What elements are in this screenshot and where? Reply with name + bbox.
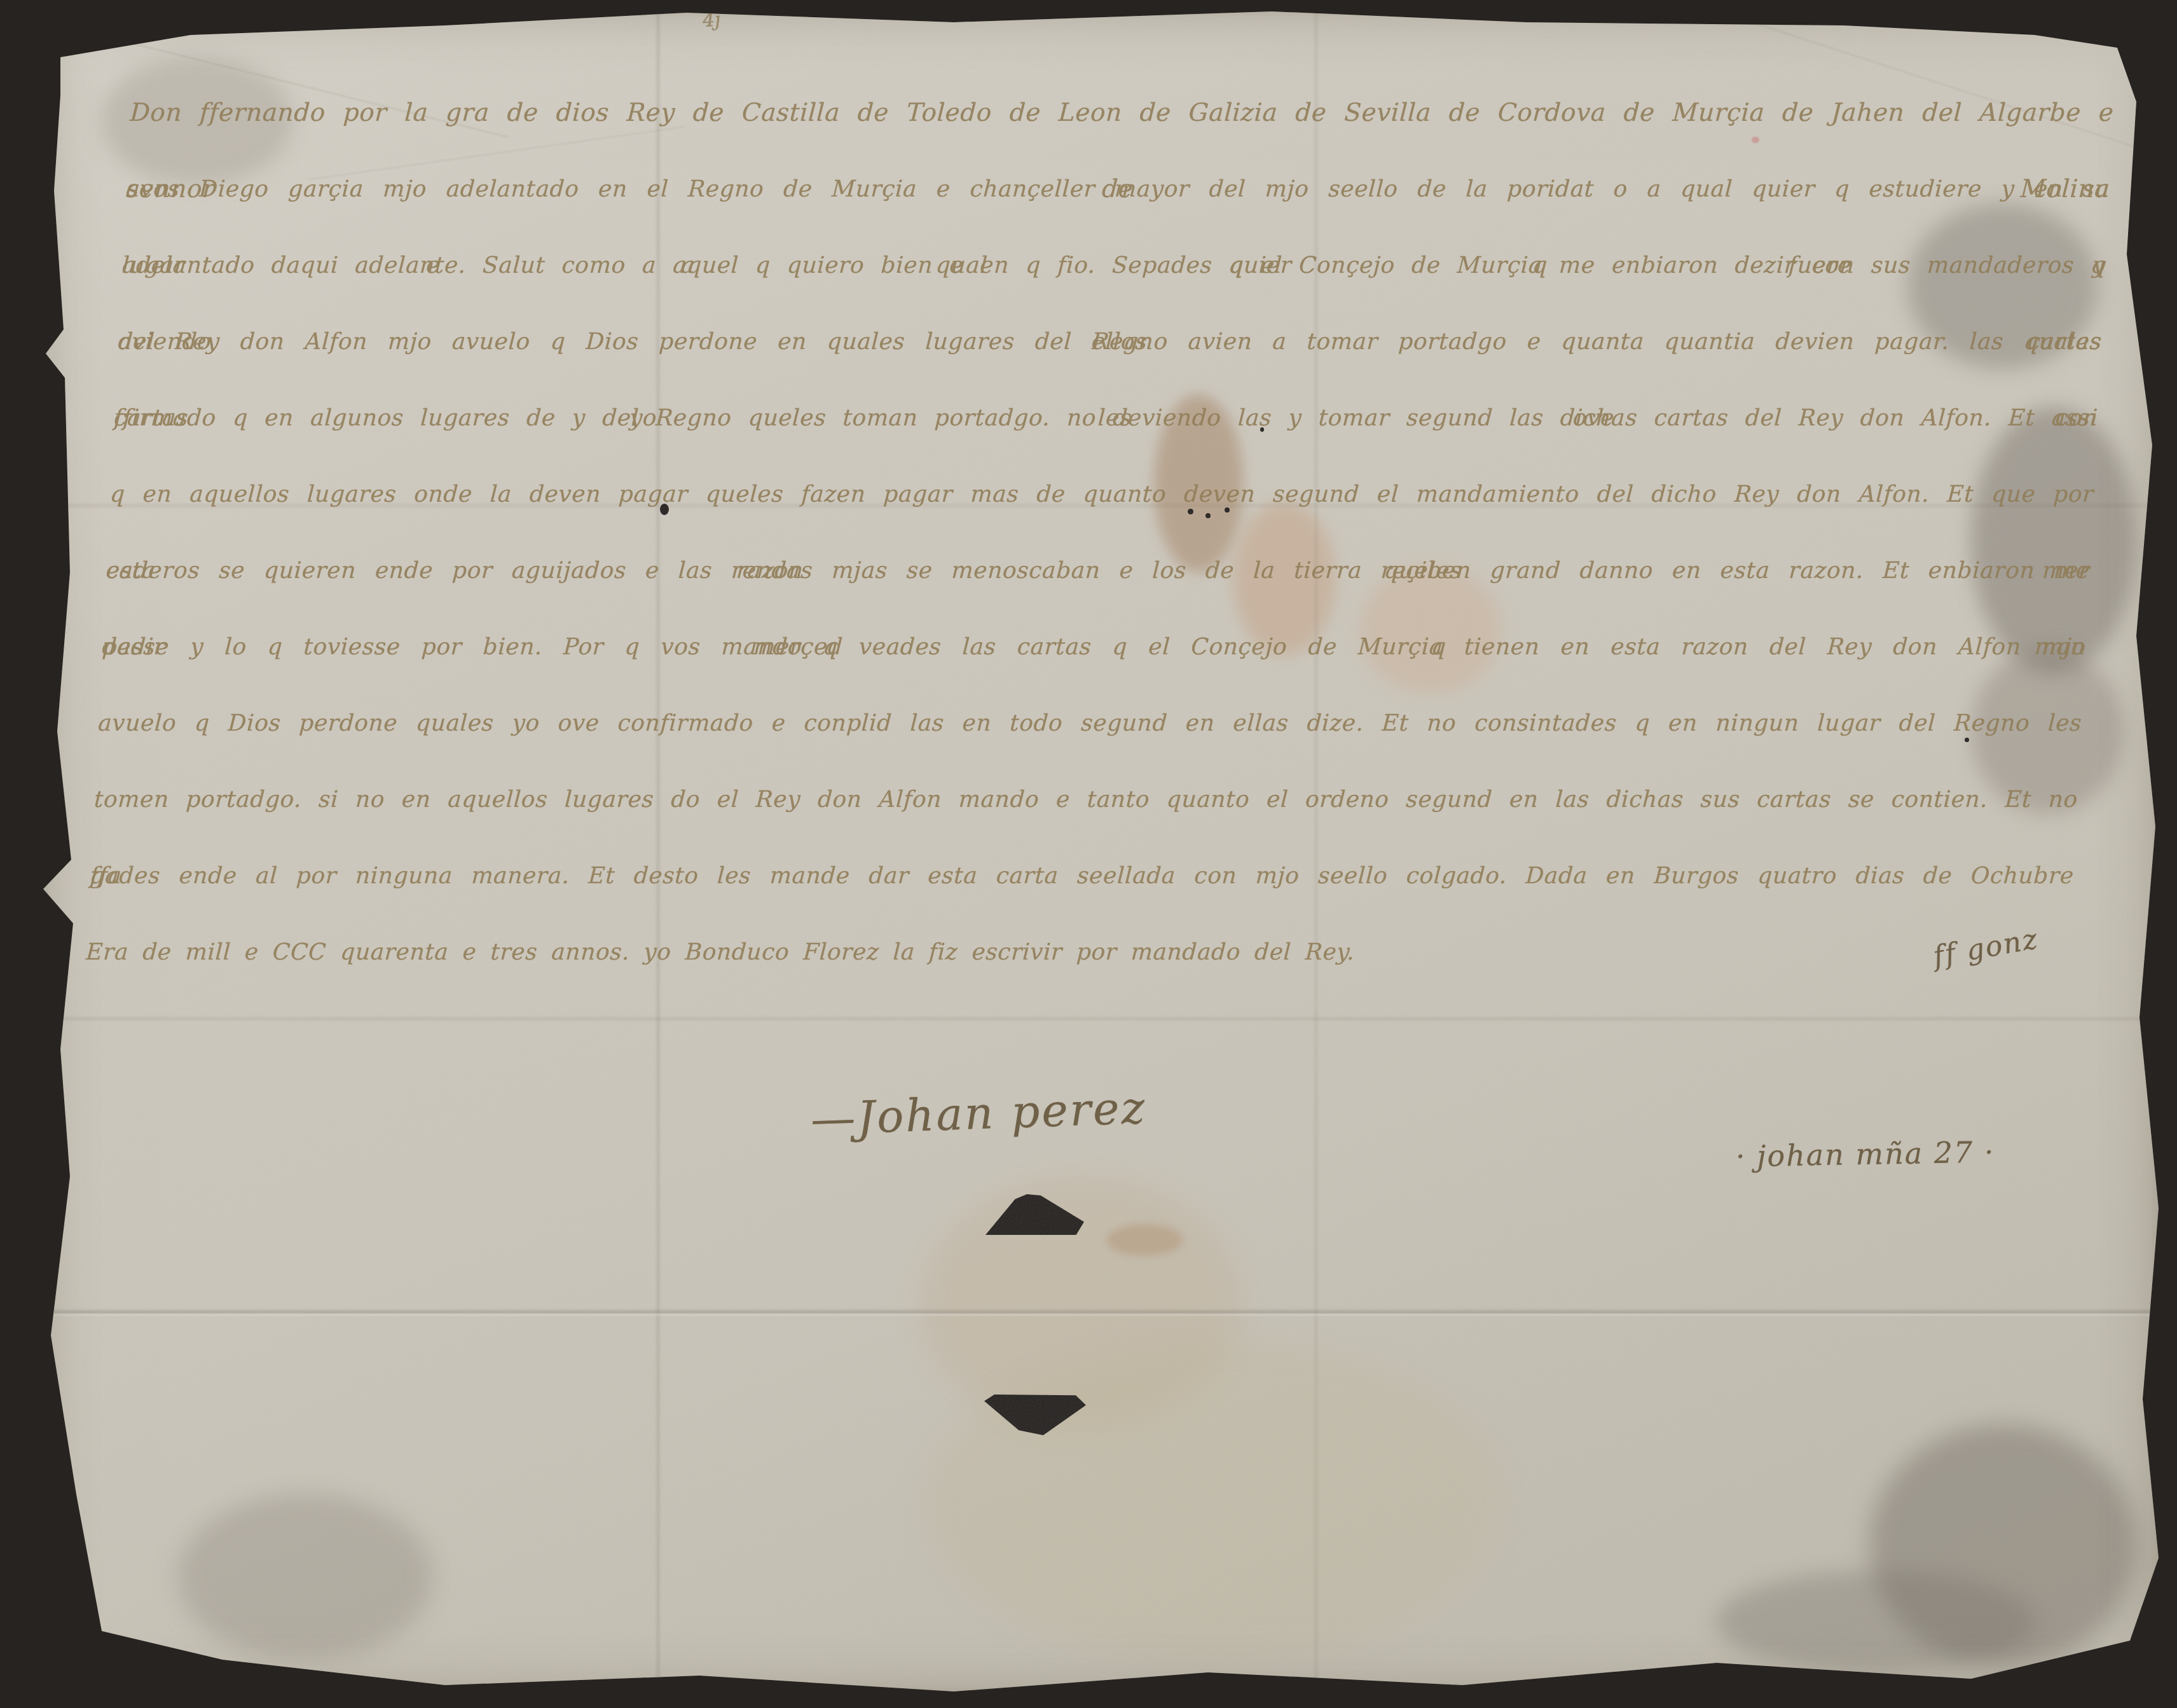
stain xyxy=(922,1176,1240,1431)
fold-crease-highlight xyxy=(38,1314,2162,1316)
manuscript-line: q en aquellos lugares onde la deven paga… xyxy=(108,457,2096,533)
parchment-sheet: Don ffernando por la gra de dios Rey de … xyxy=(38,6,2162,1698)
stain xyxy=(178,1494,432,1660)
stain xyxy=(1106,1224,1183,1256)
photo-of-charter: { "artifact": { "type_label": "Parchment… xyxy=(0,0,2177,1708)
manuscript-line: avuelo q Dios perdone quales yo ove conf… xyxy=(96,685,2084,762)
ink-dot-hole xyxy=(1260,427,1264,432)
manuscript-line: del Rey don Alfon mjo avuelo q Dios perd… xyxy=(116,304,2104,380)
manuscript-line: dasse y lo q toviesse por bien. Por q vo… xyxy=(100,609,2087,685)
manuscript-line: Don ffernando por la gra de dios Rey de … xyxy=(128,75,2115,151)
manuscript-line: Era de mill e CCC quarenta e tres annos.… xyxy=(84,914,2071,991)
manuscript-line: caderos se quieren ende por aguijados e … xyxy=(104,533,2092,609)
ink-dot-hole xyxy=(1965,738,1969,742)
ink-dot-hole xyxy=(1188,509,1193,514)
ink-dot-hole xyxy=(1225,507,1230,513)
manuscript-text-block: Don ffernando por la gra de dios Rey de … xyxy=(84,75,2115,991)
manuscript-line: adelantado daqui adelante. Salut como a … xyxy=(120,228,2108,304)
stain xyxy=(1869,1424,2136,1666)
signature-johan-martinez: · johan mña 27 · xyxy=(1736,1134,1995,1173)
fold-crease-horizontal xyxy=(38,1017,2162,1020)
ink-dot-hole xyxy=(1205,513,1211,518)
stain xyxy=(1717,1571,2035,1672)
signature-johan-perez: —Johan perez xyxy=(810,1082,1148,1145)
manuscript-line: avos Diego garçia mjo adelantado en el R… xyxy=(124,151,2112,228)
seal-hole-bottom xyxy=(984,1395,1086,1435)
top-pen-mark: 4j xyxy=(702,8,722,32)
manuscript-line: tomen portadgo. si no en aquellos lugare… xyxy=(92,762,2080,838)
manuscript-line: gades ende al por ninguna manera. Et des… xyxy=(88,838,2076,914)
seal-hole-top xyxy=(985,1194,1084,1235)
stain xyxy=(928,1342,1501,1660)
fold-crease-horizontal-main xyxy=(38,1311,2162,1314)
small-hole xyxy=(660,504,669,515)
manuscript-line: ffirmado q en algunos lugares de y del R… xyxy=(112,380,2099,457)
